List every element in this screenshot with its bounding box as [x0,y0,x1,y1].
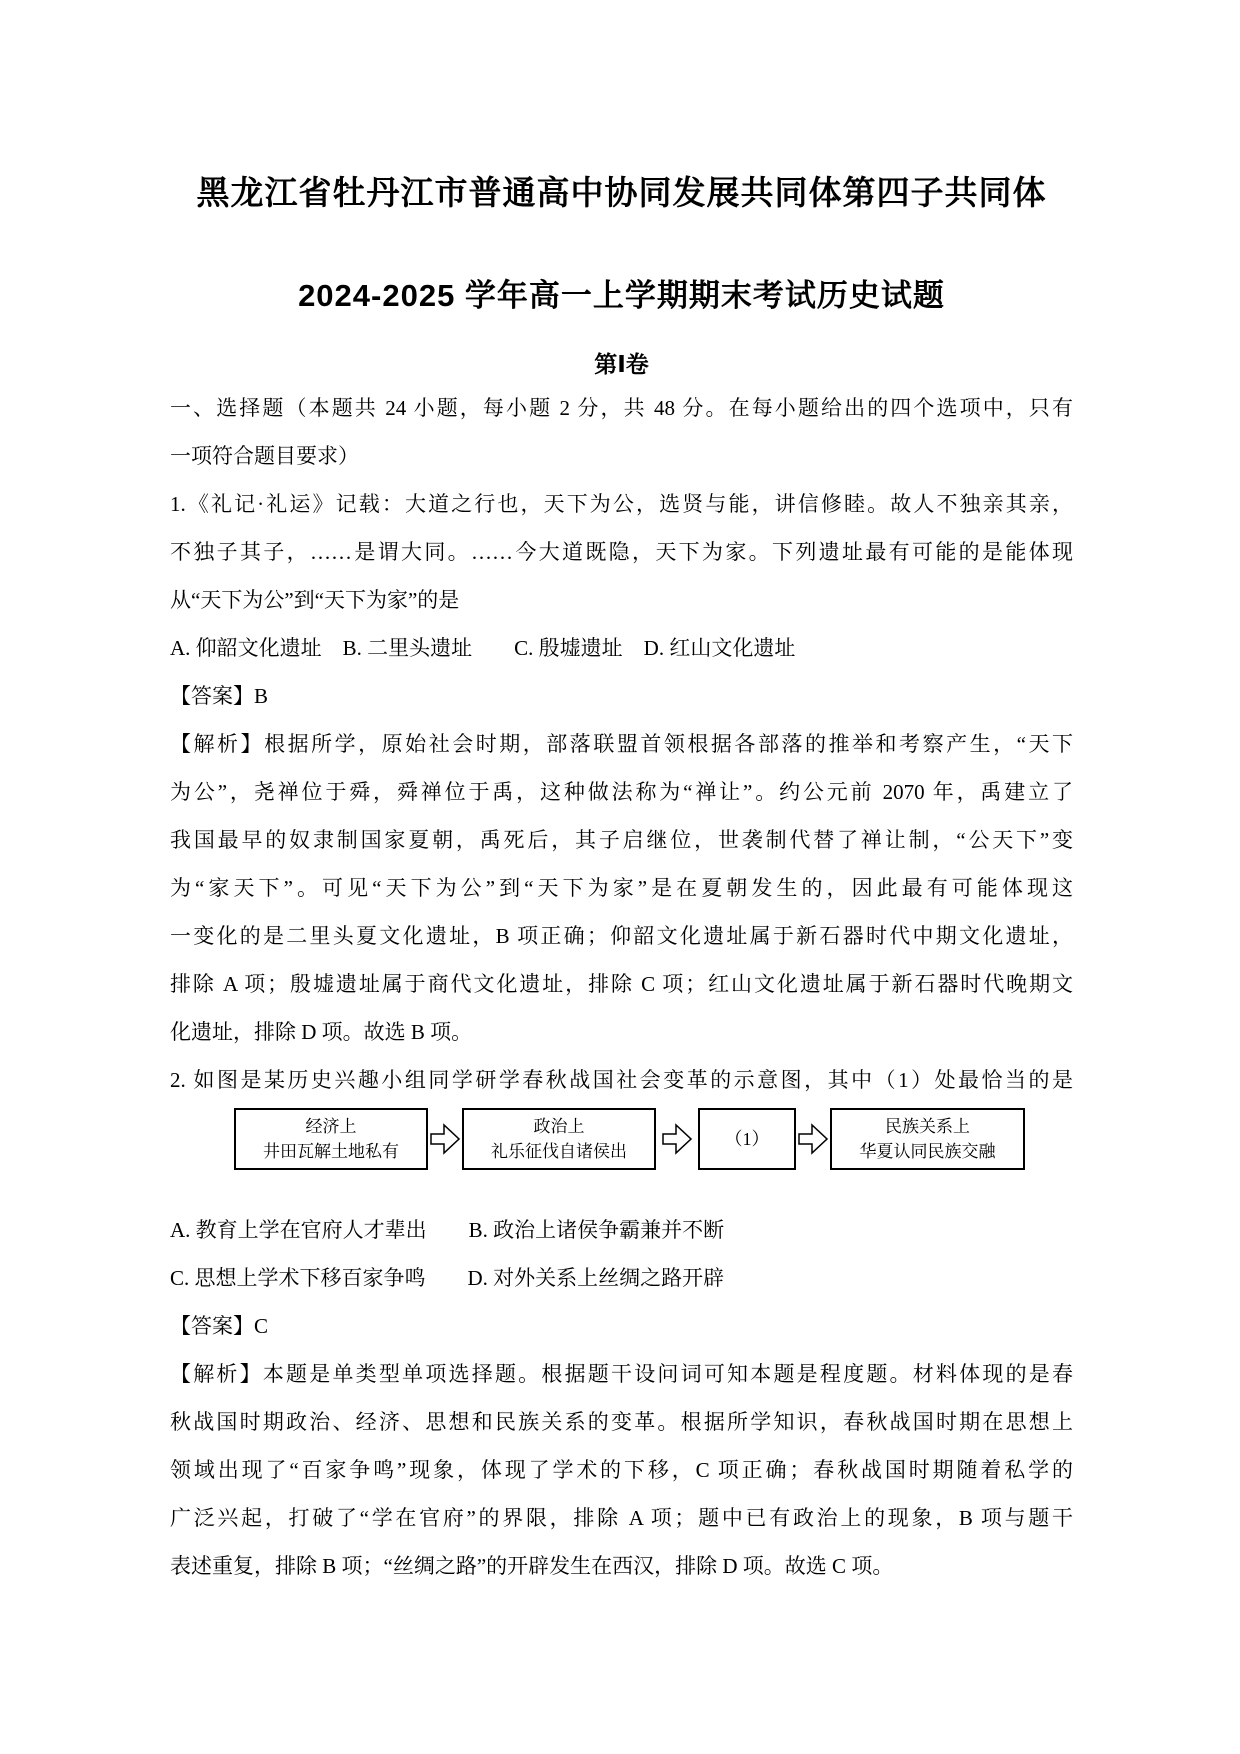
instructions-line: 一项符合题目要求） [170,432,1073,480]
diagram-box-politics: 政治上 礼乐征伐自诸侯出 [462,1108,656,1170]
q2-options-line: C. 思想上学术下移百家争鸣 D. 对外关系上丝绸之路开辟 [170,1254,1073,1302]
q2-analysis-line: 领域出现了“百家争鸣”现象，体现了学术的下移，C 项正确；春秋战国时期随着私学的 [170,1446,1073,1494]
q2-stem-line: 2. 如图是某历史兴趣小组同学研学春秋战国社会变革的示意图，其中（1）处最恰当的… [170,1056,1073,1104]
q2-analysis-line: 秋战国时期政治、经济、思想和民族关系的变革。根据所学知识，春秋战国时期在思想上 [170,1398,1073,1446]
q1-options-line: A. 仰韶文化遗址 B. 二里头遗址 C. 殷墟遗址 D. 红山文化遗址 [170,624,1073,672]
exam-body: 一、选择题（本题共 24 小题，每小题 2 分，共 48 分。在每小题给出的四个… [170,384,1073,1590]
q1-analysis-line: 化遗址，排除 D 项。故选 B 项。 [170,1008,1073,1056]
right-arrow-icon [430,1122,460,1156]
q1-analysis-line: 一变化的是二里头夏文化遗址，B 项正确；仰韶文化遗址属于新石器时代中期文化遗址， [170,912,1073,960]
diagram-box-text: 民族关系上 [832,1114,1023,1139]
q2-options-line: A. 教育上学在官府人才辈出 B. 政治上诸侯争霸兼并不断 [170,1206,1073,1254]
diagram-box-text: 经济上 [236,1114,426,1139]
q2-analysis-line: 广泛兴起，打破了“学在官府”的界限，排除 A 项；题中已有政治上的现象，B 项与… [170,1494,1073,1542]
exam-paper-page: 黑龙江省牡丹江市普通高中协同发展共同体第四子共同体 2024-2025 学年高一… [0,0,1240,1754]
right-arrow-icon [662,1122,692,1156]
instructions-line: 一、选择题（本题共 24 小题，每小题 2 分，共 48 分。在每小题给出的四个… [170,384,1073,432]
q1-answer-line: 【答案】B [170,672,1073,720]
q1-stem-line: 从“天下为公”到“天下为家”的是 [170,576,1073,624]
q2-analysis-line: 【解析】本题是单类型单项选择题。根据题干设问词可知本题是程度题。材料体现的是春 [170,1350,1073,1398]
diagram-box-text: 礼乐征伐自诸侯出 [464,1139,654,1164]
exam-title-line1: 黑龙江省牡丹江市普通高中协同发展共同体第四子共同体 [170,172,1073,214]
section-title: 第Ⅰ卷 [170,350,1073,378]
diagram-box-economy: 经济上 井田瓦解土地私有 [234,1108,428,1170]
diagram-box-blank-1: （1） [698,1108,796,1170]
diagram-box-text: 井田瓦解土地私有 [236,1139,426,1164]
q2-flow-diagram: 经济上 井田瓦解土地私有 政治上 礼乐征伐自诸侯出 （1） [234,1108,1073,1170]
q2-answer-line: 【答案】C [170,1302,1073,1350]
q1-analysis-line: 排除 A 项；殷墟遗址属于商代文化遗址，排除 C 项；红山文化遗址属于新石器时代… [170,960,1073,1008]
q1-analysis-line: 【解析】根据所学，原始社会时期，部落联盟首领根据各部落的推举和考察产生，“天下 [170,720,1073,768]
exam-title-line2: 2024-2025 学年高一上学期期末考试历史试题 [170,276,1073,316]
q1-analysis-line: 我国最早的奴隶制国家夏朝，禹死后，其子启继位，世袭制代替了禅让制，“公天下”变 [170,816,1073,864]
q1-analysis-line: 为“家天下”。可见“天下为公”到“天下为家”是在夏朝发生的，因此最有可能体现这 [170,864,1073,912]
q1-stem-line: 不独子其子，……是谓大同。……今大道既隐，天下为家。下列遗址最有可能的是能体现 [170,528,1073,576]
q2-analysis-line: 表述重复，排除 B 项；“丝绸之路”的开辟发生在西汉，排除 D 项。故选 C 项… [170,1542,1073,1590]
diagram-box-text: 华夏认同民族交融 [832,1139,1023,1164]
diagram-box-text: （1） [700,1127,794,1152]
diagram-box-text: 政治上 [464,1114,654,1139]
right-arrow-icon [798,1122,828,1156]
q1-analysis-line: 为公”，尧禅位于舜，舜禅位于禹，这种做法称为“禅让”。约公元前 2070 年，禹… [170,768,1073,816]
q1-stem-line: 1.《礼记·礼运》记载：大道之行也，天下为公，选贤与能，讲信修睦。故人不独亲其亲… [170,480,1073,528]
diagram-box-ethnic-relations: 民族关系上 华夏认同民族交融 [830,1108,1025,1170]
